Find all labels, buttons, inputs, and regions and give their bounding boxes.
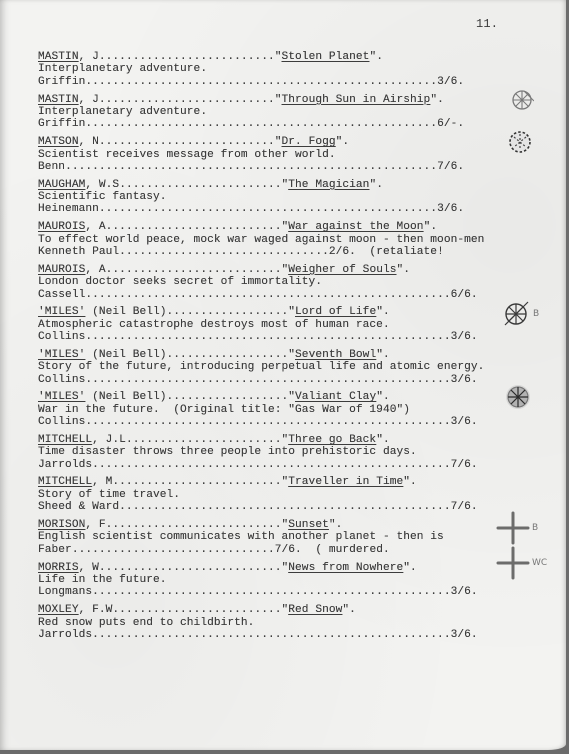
entry-heading-line: MITCHELL, M........................."Tra… (38, 476, 508, 488)
leader-dots: ........................................… (85, 374, 450, 386)
author-name: MASTIN (38, 94, 79, 106)
publisher-name: Cassell (38, 289, 85, 301)
publisher-name: Griffin (38, 118, 85, 130)
entry-heading-line: 'MILES' (Neil Bell).................."Va… (38, 391, 508, 403)
author-initials: (Neil Bell) (85, 391, 166, 403)
author-name: MAUGHAM (38, 179, 85, 191)
leader-dots: .......................... (99, 136, 275, 148)
publisher-line: Jarrolds................................… (38, 629, 508, 641)
author-initials: , W (79, 562, 99, 574)
author-name: MITCHELL (38, 434, 92, 446)
entry-heading-line: 'MILES' (Neil Bell).................."Se… (38, 349, 508, 361)
leader-dots: .......................... (106, 221, 282, 233)
book-title: Red Snow (288, 604, 342, 616)
book-description: Scientist receives message from other wo… (38, 149, 508, 161)
author-name: 'MILES' (38, 349, 85, 361)
price: 3/6. (451, 416, 478, 428)
author-name: MOXLEY (38, 604, 79, 616)
leader-dots: ............................... (119, 246, 329, 258)
bibliography-entry: MORISON, F.........................."Sun… (38, 519, 508, 560)
book-description: Story of the future, introducing perpetu… (38, 361, 508, 373)
entry-heading-line: MORRIS, W..........................."New… (38, 562, 508, 574)
price: 6/6. (451, 289, 478, 301)
author-initials: , F.W (79, 604, 113, 616)
close-quote: ". (376, 349, 390, 361)
typewritten-page: 11. MASTIN, J.........................."… (0, 0, 566, 750)
close-quote: ". (336, 136, 350, 148)
leader-dots: .............................. (72, 544, 275, 556)
book-title: Seventh Bowl (295, 349, 376, 361)
author-name: MASTIN (38, 51, 79, 63)
publisher-name: Jarrolds (38, 629, 92, 641)
price: 3/6. (451, 586, 478, 598)
author-initials: , A (85, 264, 105, 276)
close-quote: ". (430, 94, 444, 106)
price: 7/6. (437, 161, 464, 173)
author-initials: , F (85, 519, 105, 531)
book-title: The Magician (288, 179, 369, 191)
entry-heading-line: MASTIN, J.........................."Thro… (38, 94, 508, 106)
price: 7/6. (451, 501, 478, 513)
bibliography-entry: MATSON, N.........................."Dr. … (38, 136, 508, 177)
book-title: Three go Back (288, 434, 376, 446)
leader-dots: ........................................… (65, 161, 437, 173)
bibliography-entry: 'MILES' (Neil Bell).................."Va… (38, 391, 508, 432)
margin-mark-label: B (533, 309, 539, 319)
entry-heading-line: MOXLEY, F.W........................."Red… (38, 604, 508, 616)
leader-dots: .......................... (99, 94, 275, 106)
publisher-line: Cassell.................................… (38, 289, 508, 301)
publisher-line: Faber..............................7/6. … (38, 544, 508, 556)
price: 3/6. (451, 331, 478, 343)
bibliography-entry: MAUROIS, A.........................."War… (38, 221, 508, 262)
leader-dots: ....................... (126, 434, 282, 446)
bibliography-entry: MOXLEY, F.W........................."Red… (38, 604, 508, 645)
book-title: Dr. Fogg (282, 136, 336, 148)
book-description: Life in the future. (38, 574, 508, 586)
book-description: London doctor seeks secret of immortalit… (38, 276, 508, 288)
publisher-name: Griffin (38, 76, 85, 88)
book-title: Weigher of Souls (288, 264, 396, 276)
margin-mark-label: WC (532, 558, 547, 568)
leader-dots: .................. (167, 349, 289, 361)
publisher-name: Collins (38, 416, 85, 428)
close-quote: ". (342, 604, 356, 616)
leader-dots: ........................................… (119, 501, 450, 513)
publisher-line: Sheed & Ward............................… (38, 501, 508, 513)
entry-heading-line: MAUROIS, A.........................."War… (38, 221, 508, 233)
publisher-name: Jarrolds (38, 459, 92, 471)
cross-icon (496, 511, 530, 545)
close-quote: ". (369, 179, 383, 191)
book-description: Atmospheric catastrophe destroys most of… (38, 319, 508, 331)
leader-dots: ........................................… (85, 331, 450, 343)
publisher-line: Benn....................................… (38, 161, 508, 173)
leader-dots: .................. (167, 306, 289, 318)
bibliography-entry: 'MILES' (Neil Bell).................."Se… (38, 349, 508, 390)
bibliography-list: MASTIN, J.........................."Stol… (38, 51, 508, 647)
leader-dots: ........................ (119, 179, 281, 191)
author-name: MATSON (38, 136, 79, 148)
leader-dots: ......................... (112, 476, 281, 488)
book-description: English scientist communicates with anot… (38, 531, 508, 543)
publisher-name: Heinemann (38, 203, 99, 215)
leader-dots: .......................... (106, 264, 282, 276)
margin-note: ( murdered. (302, 544, 390, 556)
book-description: Interplanetary adventure. (38, 63, 508, 75)
leader-dots: ......................... (112, 604, 281, 616)
wheel-icon (510, 88, 534, 112)
open-quote: " (275, 51, 282, 63)
dashed-wheel-icon (508, 129, 532, 155)
bibliography-entry: MAUGHAM, W.S........................"The… (38, 179, 508, 220)
author-initials: , M (92, 476, 112, 488)
price: 3/6. (451, 629, 478, 641)
entry-heading-line: MAUGHAM, W.S........................"The… (38, 179, 508, 191)
publisher-line: Collins.................................… (38, 331, 508, 343)
publisher-name: Collins (38, 374, 85, 386)
close-quote: ". (403, 476, 417, 488)
cross-icon (496, 546, 530, 580)
author-name: 'MILES' (38, 306, 85, 318)
book-description: Interplanetary adventure. (38, 106, 508, 118)
author-initials: (Neil Bell) (85, 306, 166, 318)
price: 6/-. (437, 118, 464, 130)
author-initials: , J (79, 94, 99, 106)
author-initials: , A (85, 221, 105, 233)
author-name: MAUROIS (38, 221, 85, 233)
leader-dots: ........................................… (99, 203, 437, 215)
author-name: 'MILES' (38, 391, 85, 403)
entry-heading-line: MAUROIS, A.........................."Wei… (38, 264, 508, 276)
bibliography-entry: MASTIN, J.........................."Stol… (38, 51, 508, 92)
close-quote: ". (397, 264, 411, 276)
publisher-name: Kenneth Paul (38, 246, 119, 258)
close-quote: ". (369, 51, 383, 63)
author-initials: (Neil Bell) (85, 349, 166, 361)
leader-dots: .......................... (106, 519, 282, 531)
leader-dots: ........................................… (92, 629, 450, 641)
publisher-line: Heinemann...............................… (38, 203, 508, 215)
open-quote: " (275, 94, 282, 106)
book-description: Scientific fantasy. (38, 191, 508, 203)
leader-dots: .................. (167, 391, 289, 403)
entry-heading-line: MATSON, N.........................."Dr. … (38, 136, 508, 148)
crossed-wheel-icon (503, 301, 529, 327)
publisher-name: Benn (38, 161, 65, 173)
publisher-line: Longmans................................… (38, 586, 508, 598)
shaded-wheel-icon (504, 383, 532, 411)
leader-dots: ........................... (99, 562, 282, 574)
book-title: Lord of Life (295, 306, 376, 318)
leader-dots: ........................................… (85, 289, 450, 301)
bibliography-entry: MASTIN, J.........................."Thro… (38, 94, 508, 135)
price: 3/6. (451, 374, 478, 386)
leader-dots: .......................... (99, 51, 275, 63)
open-quote: " (275, 136, 282, 148)
publisher-line: Griffin.................................… (38, 76, 508, 88)
publisher-line: Griffin.................................… (38, 118, 508, 130)
close-quote: ". (376, 434, 390, 446)
bibliography-entry: 'MILES' (Neil Bell).................."Lo… (38, 306, 508, 347)
author-initials: , J (79, 51, 99, 63)
bibliography-entry: MITCHELL, J.L......................."Thr… (38, 434, 508, 475)
entry-heading-line: MITCHELL, J.L......................."Thr… (38, 434, 508, 446)
leader-dots: ........................................… (85, 416, 450, 428)
leader-dots: ........................................… (92, 459, 450, 471)
leader-dots: ........................................… (85, 76, 437, 88)
author-name: MORRIS (38, 562, 79, 574)
author-initials: , N (79, 136, 99, 148)
price: 3/6. (437, 203, 464, 215)
publisher-name: Faber (38, 544, 72, 556)
book-title: Sunset (288, 519, 329, 531)
entry-heading-line: MASTIN, J.........................."Stol… (38, 51, 508, 63)
book-title: Stolen Planet (282, 51, 370, 63)
bibliography-entry: MITCHELL, M........................."Tra… (38, 476, 508, 517)
author-name: MAUROIS (38, 264, 85, 276)
book-title: Traveller in Time (288, 476, 403, 488)
author-initials: , J.L (92, 434, 126, 446)
close-quote: ". (376, 391, 390, 403)
page-number: 11. (476, 17, 498, 31)
book-title: Valiant Clay (295, 391, 376, 403)
book-description: Time disaster throws three people into p… (38, 446, 508, 458)
publisher-line: Kenneth Paul............................… (38, 246, 508, 258)
close-quote: ". (403, 562, 417, 574)
entry-heading-line: MORISON, F.........................."Sun… (38, 519, 508, 531)
author-name: MORISON (38, 519, 85, 531)
book-description: Red snow puts end to childbirth. (38, 617, 508, 629)
publisher-name: Longmans (38, 586, 92, 598)
price: 7/6. (275, 544, 302, 556)
bibliography-entry: MORRIS, W..........................."New… (38, 562, 508, 603)
price: 3/6. (437, 76, 464, 88)
book-description: War in the future. (Original title: "Gas… (38, 404, 508, 416)
publisher-line: Collins.................................… (38, 416, 508, 428)
close-quote: ". (329, 519, 343, 531)
publisher-line: Collins.................................… (38, 374, 508, 386)
publisher-name: Sheed & Ward (38, 501, 119, 513)
bibliography-entry: MAUROIS, A.........................."Wei… (38, 264, 508, 305)
book-description: To effect world peace, mock war waged ag… (38, 234, 508, 246)
close-quote: ". (424, 221, 438, 233)
book-title: News from Nowhere (288, 562, 403, 574)
price: 7/6. (451, 459, 478, 471)
price: 2/6. (329, 246, 356, 258)
leader-dots: ........................................… (85, 118, 437, 130)
author-initials: , W.S (85, 179, 119, 191)
publisher-name: Collins (38, 331, 85, 343)
close-quote: ". (376, 306, 390, 318)
margin-mark-label: B (532, 523, 538, 533)
margin-note: (retaliate! (356, 246, 444, 258)
book-description: Story of time travel. (38, 489, 508, 501)
entry-heading-line: 'MILES' (Neil Bell).................."Lo… (38, 306, 508, 318)
author-name: MITCHELL (38, 476, 92, 488)
book-title: Through Sun in Airship (282, 94, 431, 106)
leader-dots: ........................................… (92, 586, 450, 598)
book-title: War against the Moon (288, 221, 423, 233)
publisher-line: Jarrolds................................… (38, 459, 508, 471)
